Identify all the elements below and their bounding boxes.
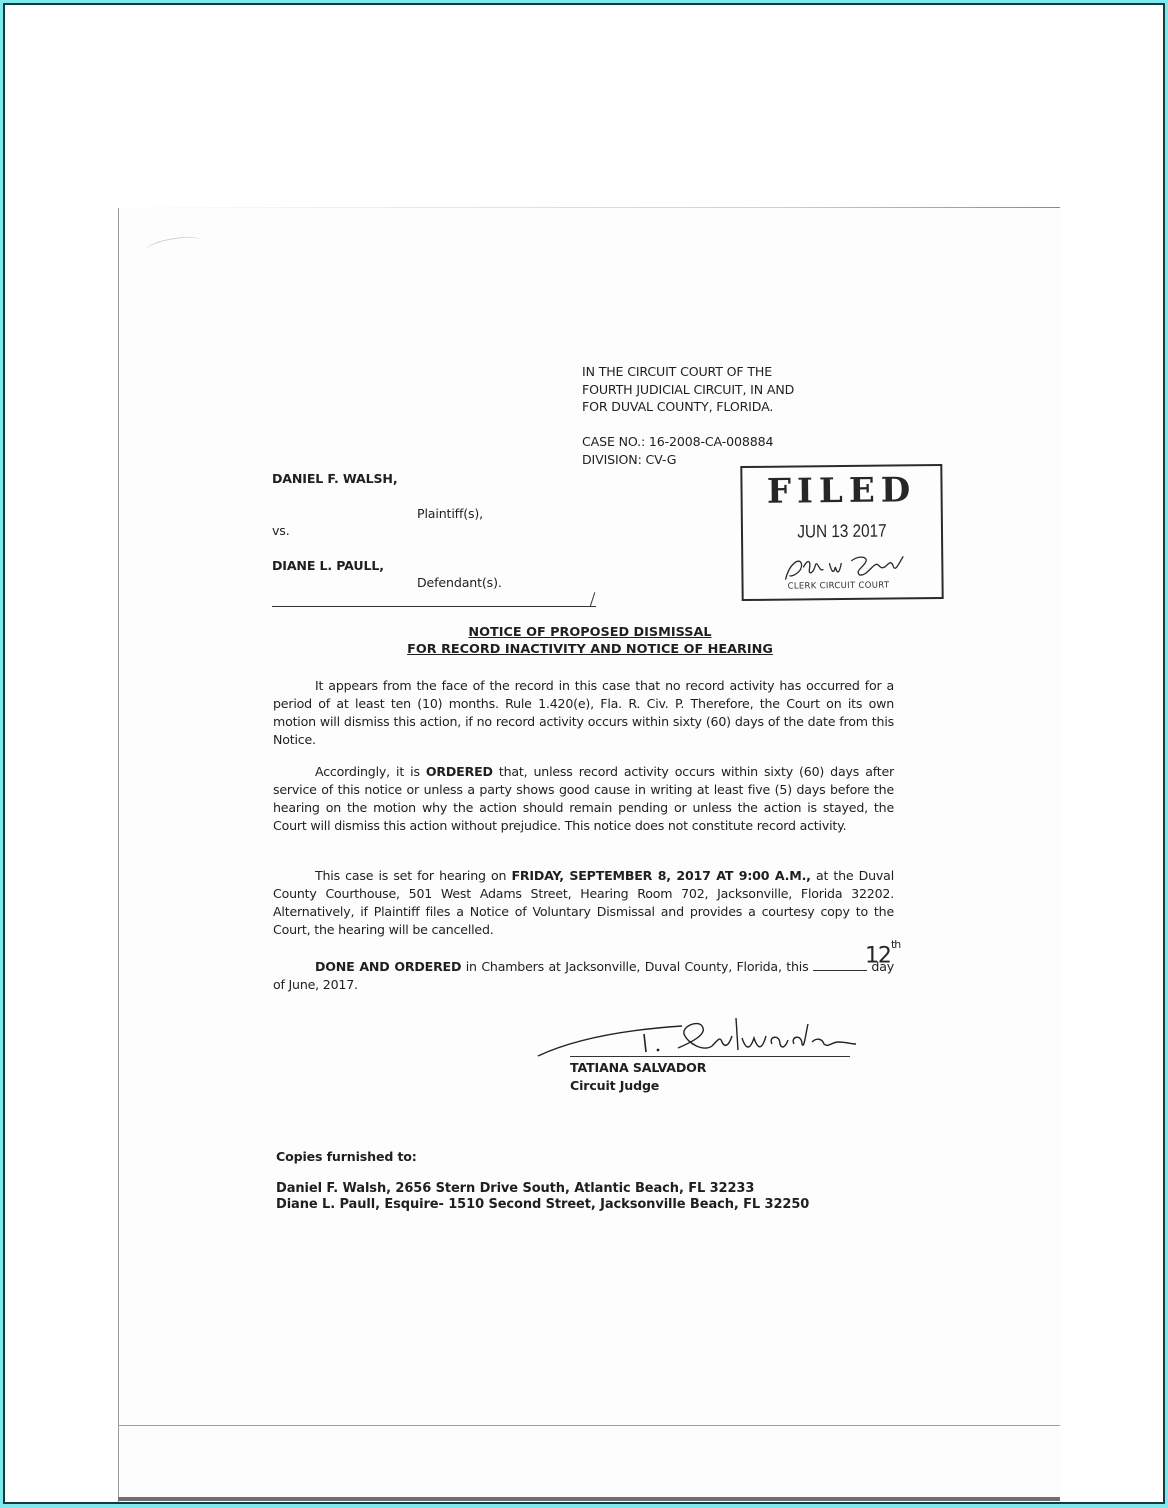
page-top-edge [118, 207, 1060, 208]
paragraph-hearing: This case is set for hearing on FRIDAY, … [273, 867, 894, 939]
hearing-date: FRIDAY, SEPTEMBER 8, 2017 AT 9:00 A.M., [511, 868, 810, 883]
clerk-label: CLERK CIRCUIT COURT [788, 581, 890, 592]
defendant-name: DIANE L. PAULL, [272, 557, 384, 575]
page-bottom-edge [118, 1497, 1060, 1501]
document-title-line1: NOTICE OF PROPOSED DISMISSAL [380, 625, 800, 640]
caption-divider [272, 606, 596, 607]
filed-stamp: FILED JUN 13 2017 CLERK CIRCUIT COURT [740, 464, 943, 601]
court-line: IN THE CIRCUIT COURT OF THE [582, 363, 794, 381]
document-title-line2: FOR RECORD INACTIVITY AND NOTICE OF HEAR… [380, 642, 800, 657]
handwritten-day: 12th [823, 942, 900, 965]
stamp-label: FILED [742, 470, 940, 512]
copies-recipient: Diane L. Paull, Esquire- 1510 Second Str… [276, 1197, 809, 1212]
text: This case is set for hearing on [315, 868, 511, 883]
plaintiff-role: Plaintiff(s), [417, 505, 483, 523]
text: Accordingly, it is [315, 764, 426, 779]
judge-title: Circuit Judge [570, 1077, 659, 1095]
day-blank: 12th [813, 956, 867, 971]
judge-name: TATIANA SALVADOR [570, 1059, 706, 1077]
paragraph-done-and-ordered: DONE AND ORDERED in Chambers at Jacksonv… [273, 956, 894, 994]
copies-recipient: Daniel F. Walsh, 2656 Stern Drive South,… [276, 1181, 754, 1196]
done-ordered-emphasis: DONE AND ORDERED [315, 959, 461, 974]
ordered-emphasis: ORDERED [426, 764, 493, 779]
plaintiff-name: DANIEL F. WALSH, [272, 470, 397, 488]
stamp-date: JUN 13 2017 [758, 520, 927, 543]
text: in Chambers at Jacksonville, Duval Count… [461, 959, 813, 974]
clerk-signature-icon [781, 552, 911, 583]
paragraph-inactivity: It appears from the face of the record i… [273, 677, 894, 749]
versus-label: vs. [272, 522, 290, 540]
case-number: CASE NO.: 16-2008-CA-008884 [582, 433, 773, 451]
paragraph-ordered: Accordingly, it is ORDERED that, unless … [273, 763, 894, 835]
copies-heading: Copies furnished to: [276, 1148, 417, 1166]
judge-signature-icon [532, 1012, 862, 1062]
page-bottom-rule [118, 1425, 1060, 1426]
signature-line [570, 1056, 850, 1057]
court-line: FOR DUVAL COUNTY, FLORIDA. [582, 398, 794, 416]
defendant-role: Defendant(s). [417, 574, 502, 592]
case-info: CASE NO.: 16-2008-CA-008884 DIVISION: CV… [582, 433, 773, 468]
court-line: FOURTH JUDICIAL CIRCUIT, IN AND [582, 381, 794, 399]
court-header: IN THE CIRCUIT COURT OF THE FOURTH JUDIC… [582, 363, 794, 416]
